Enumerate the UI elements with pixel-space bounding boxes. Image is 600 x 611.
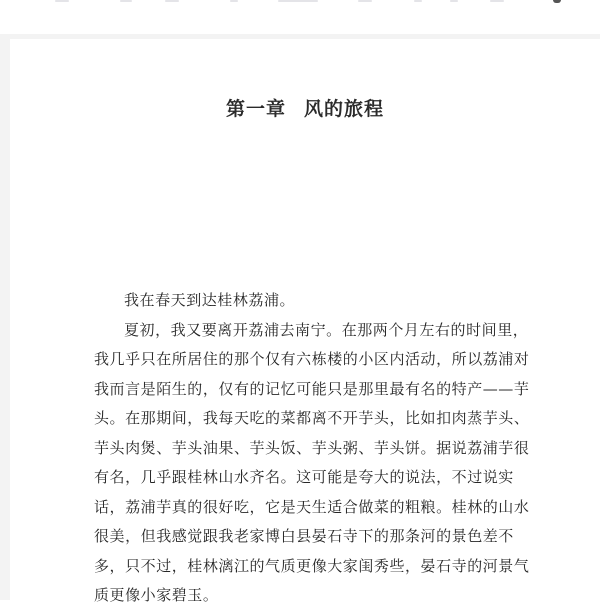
text-line: 我几乎只在所居住的那个仅有六栋楼的小区内活动，所以荔浦对 (94, 345, 526, 375)
toolbar-icon[interactable] (278, 0, 318, 2)
toolbar-remnant (0, 0, 600, 34)
chapter-title: 风的旅程 (304, 98, 384, 120)
toolbar-icon[interactable] (55, 0, 69, 2)
chapter-heading: 第一章风的旅程 (10, 94, 600, 121)
toolbar-icon[interactable] (165, 0, 179, 2)
toolbar-icon[interactable] (230, 0, 238, 2)
toolbar-icon[interactable] (490, 0, 504, 2)
text-line: 很美，但我感觉跟我老家博白县晏石寺下的那条河的景色差不 (94, 522, 526, 552)
document-page: 第一章风的旅程 我在春天到达桂林荔浦。 夏初，我又要离开荔浦去南宁。在那两个月左… (10, 39, 600, 600)
paragraph: 我在春天到达桂林荔浦。 (94, 286, 526, 316)
document-viewer[interactable]: 第一章风的旅程 我在春天到达桂林荔浦。 夏初，我又要离开荔浦去南宁。在那两个月左… (0, 34, 600, 600)
chapter-number: 第一章 (226, 98, 286, 120)
text-line: 夏初，我又要离开荔浦去南宁。在那两个月左右的时间里， (94, 316, 526, 346)
text-line: 话，荔浦芋真的很好吃，它是天生适合做菜的粗粮。桂林的山水 (94, 493, 526, 523)
toolbar-icon[interactable] (120, 0, 132, 2)
text-line: 有名，几乎跟桂林山水齐名。这可能是夸大的说法，不过说实 (94, 463, 526, 493)
text-line: 质更像小家碧玉。 (94, 581, 526, 600)
paragraph: 夏初，我又要离开荔浦去南宁。在那两个月左右的时间里， 我几乎只在所居住的那个仅有… (94, 316, 526, 601)
text-line: 芋头肉煲、芋头油果、芋头饭、芋头粥、芋头饼。据说荔浦芋很 (94, 434, 526, 464)
chapter-body: 我在春天到达桂林荔浦。 夏初，我又要离开荔浦去南宁。在那两个月左右的时间里， 我… (94, 286, 526, 600)
text-line: 我而言是陌生的，仅有的记忆可能只是那里最有名的特产——芋 (94, 375, 526, 405)
user-avatar-icon[interactable] (553, 0, 561, 3)
text-line: 我在春天到达桂林荔浦。 (94, 286, 526, 316)
toolbar-icon[interactable] (450, 0, 458, 2)
toolbar-icon[interactable] (414, 0, 422, 2)
text-line: 头。在那期间，我每天吃的菜都离不开芋头，比如扣肉蒸芋头、 (94, 404, 526, 434)
toolbar-icon[interactable] (358, 0, 372, 2)
text-line: 多，只不过，桂林漓江的气质更像大家闺秀些，晏石寺的河景气 (94, 552, 526, 582)
